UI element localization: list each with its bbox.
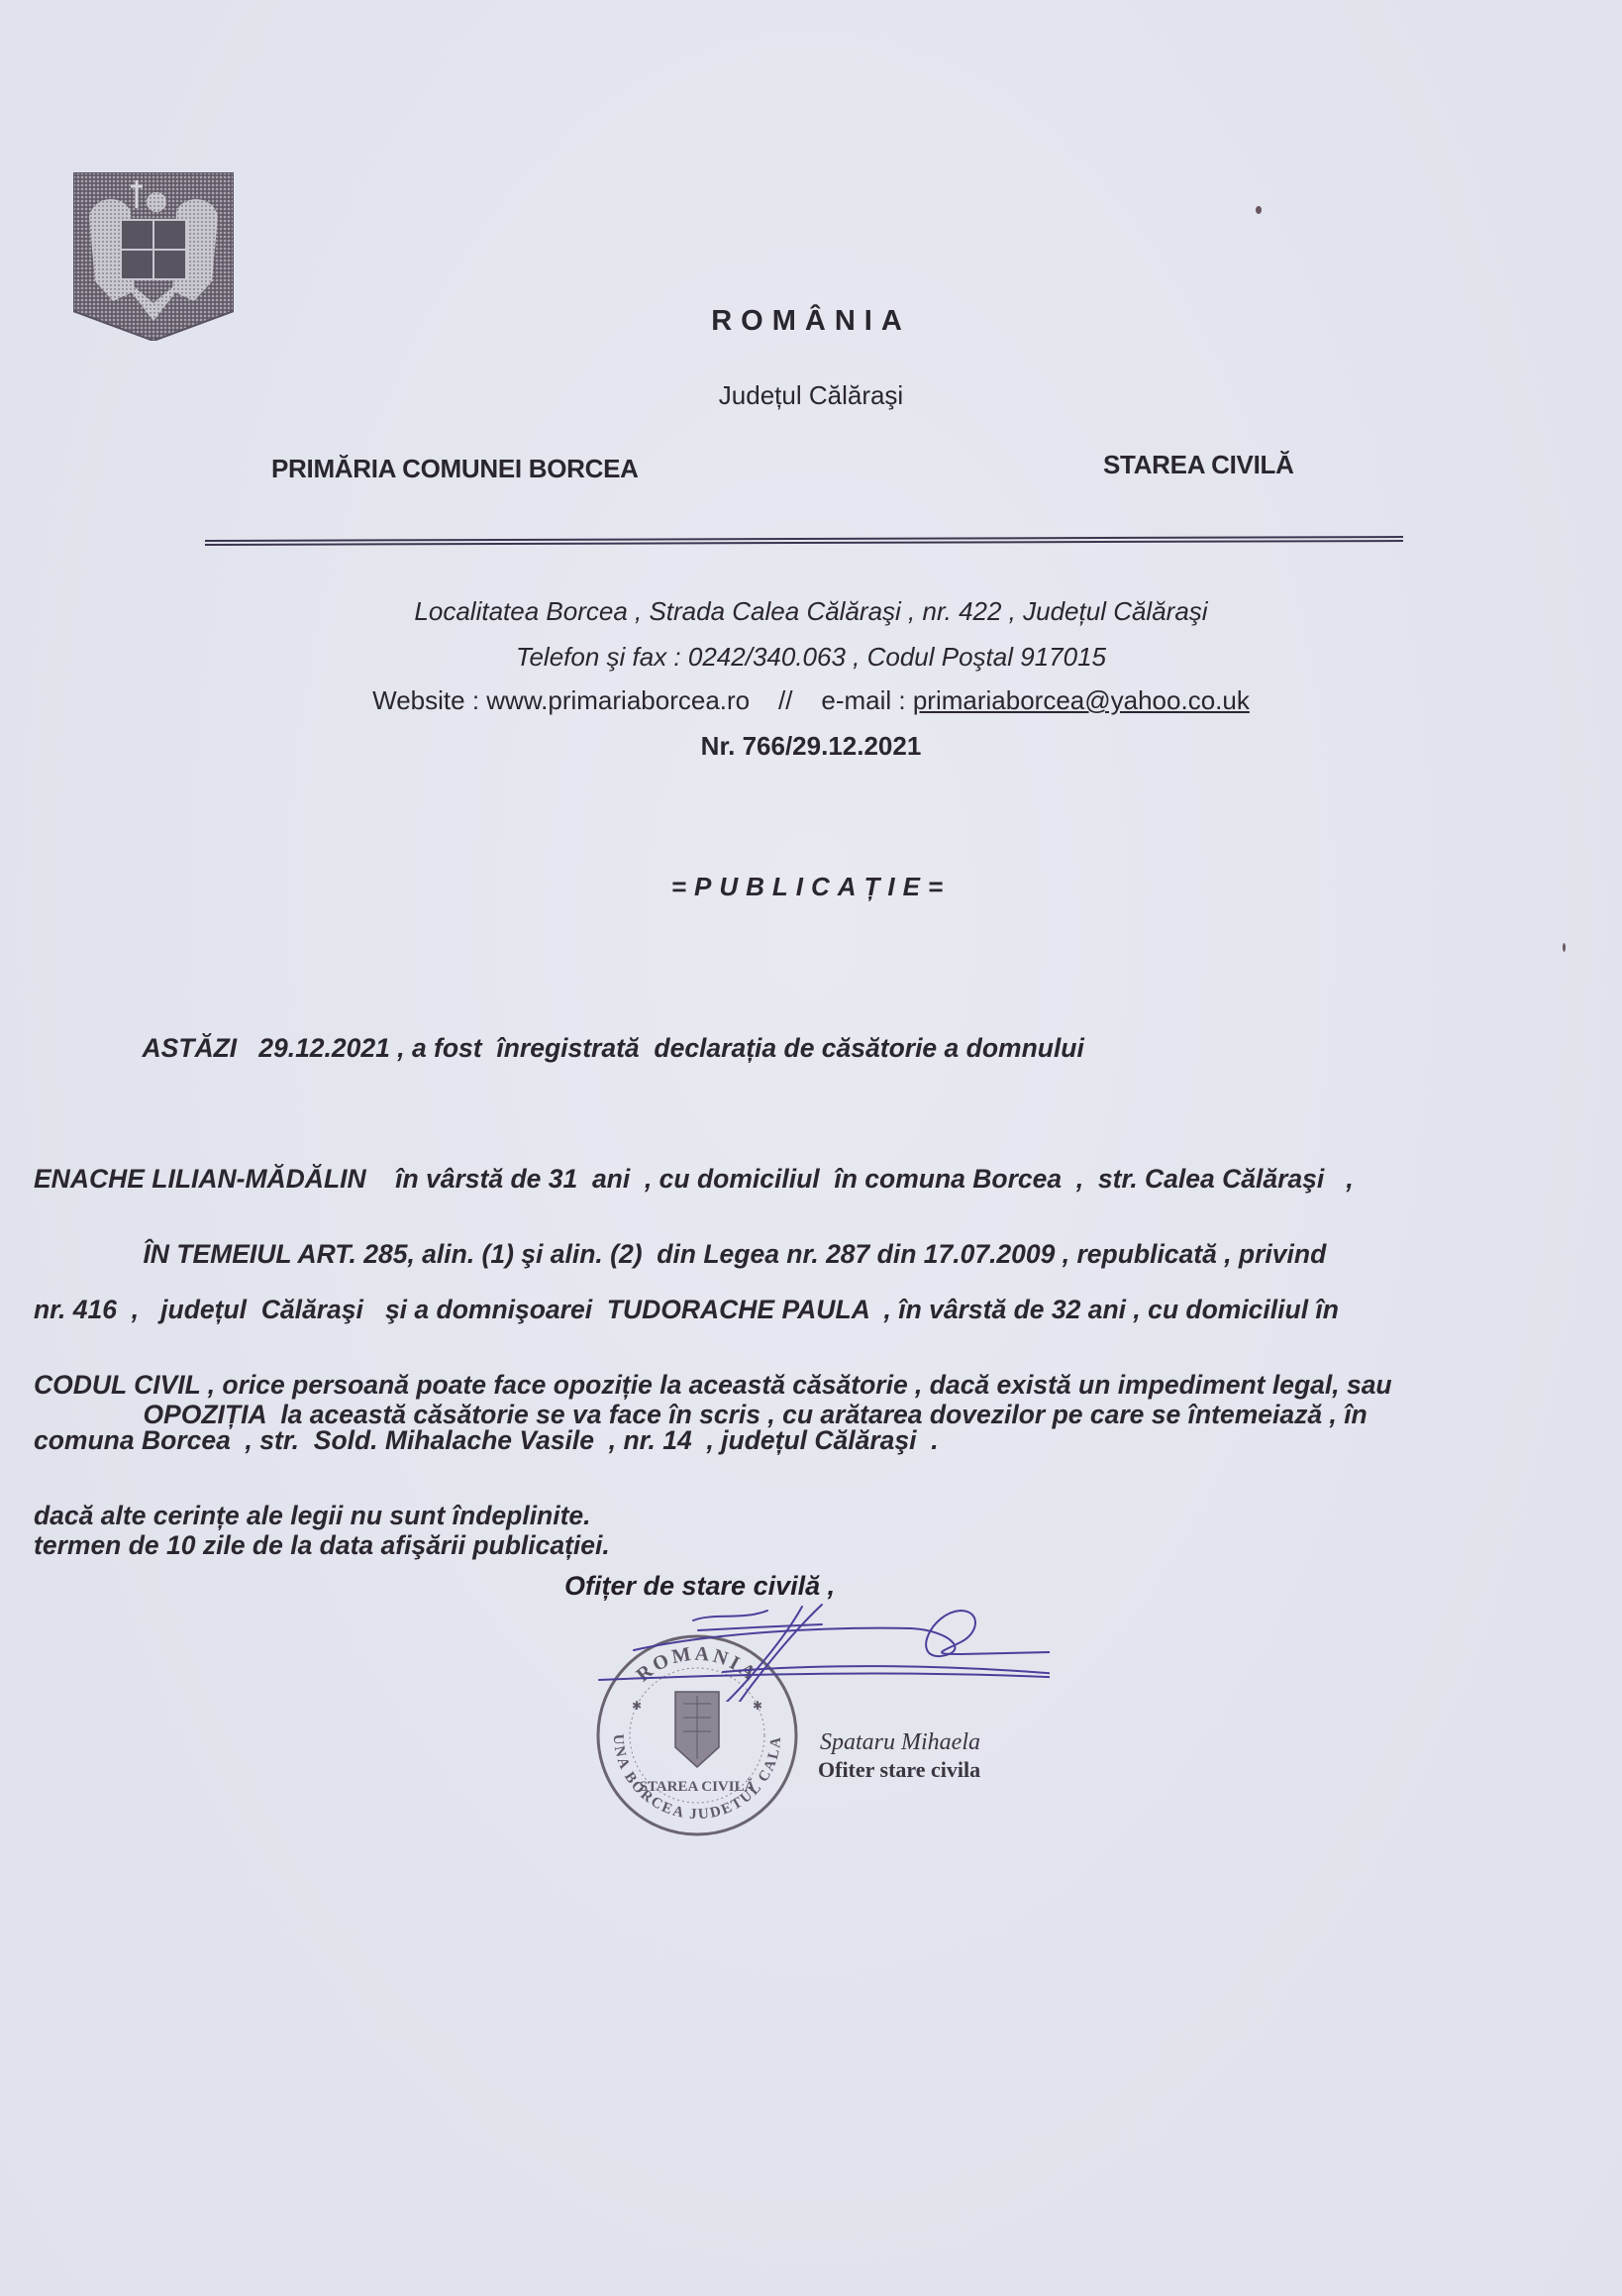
address-line: Localitatea Borcea , Strada Calea Călăra… bbox=[0, 596, 1622, 627]
signer-role: Ofiter stare civila bbox=[818, 1757, 980, 1783]
paragraph-line: ÎN TEMEIUL ART. 285, alin. (1) şi alin. … bbox=[34, 1232, 1519, 1276]
scan-speck bbox=[1563, 943, 1566, 952]
svg-text:STAREA CIVILĂ: STAREA CIVILĂ bbox=[640, 1778, 756, 1795]
signer-name: Spataru Mihaela bbox=[820, 1729, 980, 1756]
paragraph-line: termen de 10 zile de la data afişării pu… bbox=[34, 1523, 1519, 1567]
handwritten-signature bbox=[584, 1593, 1050, 1702]
website-email-line: Website : www.primariaborcea.ro // e-mai… bbox=[0, 685, 1622, 716]
document-page: ROMÂNIA Județul Călăraşi PRIMĂRIA COMUNE… bbox=[0, 0, 1622, 2296]
institution-name: PRIMĂRIA COMUNEI BORCEA bbox=[271, 454, 639, 484]
header-divider bbox=[205, 535, 1403, 547]
paragraph-line: OPOZIȚIA la această căsătorie se va face… bbox=[34, 1393, 1519, 1436]
department-name: STAREA CIVILĂ bbox=[1103, 450, 1294, 480]
phone-line: Telefon şi fax : 0242/340.063 , Codul Po… bbox=[0, 642, 1622, 673]
registration-number: Nr. 766/29.12.2021 bbox=[0, 731, 1622, 762]
document-title: =PUBLICAȚIE= bbox=[0, 872, 1622, 902]
email-link[interactable]: primariaborcea@yahoo.co.uk bbox=[913, 685, 1250, 715]
country-title: ROMÂNIA bbox=[0, 305, 1622, 338]
scan-speck bbox=[1256, 206, 1262, 214]
county-name: Județul Călăraşi bbox=[0, 380, 1622, 411]
website-text[interactable]: Website : www.primariaborcea.ro // e-mai… bbox=[372, 685, 913, 715]
paragraph-line: ASTĂZI 29.12.2021 , a fost înregistrată … bbox=[34, 1026, 1519, 1070]
